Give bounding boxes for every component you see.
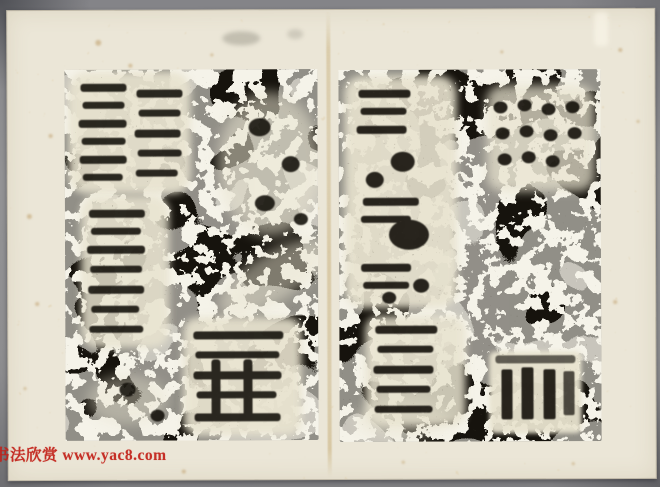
pale-patch [594,12,608,46]
watermark: 书法欣赏 www.yac8.com [0,446,167,466]
rubbing-panel-left [64,69,318,441]
photo-backdrop: { "artwork": { "kind": "two-panel ink ru… [0,0,660,487]
watermark-text: 书法欣赏 www.yac8.com [0,447,167,464]
paper-sheet [6,8,657,481]
rubbing-panel-right [338,69,601,442]
